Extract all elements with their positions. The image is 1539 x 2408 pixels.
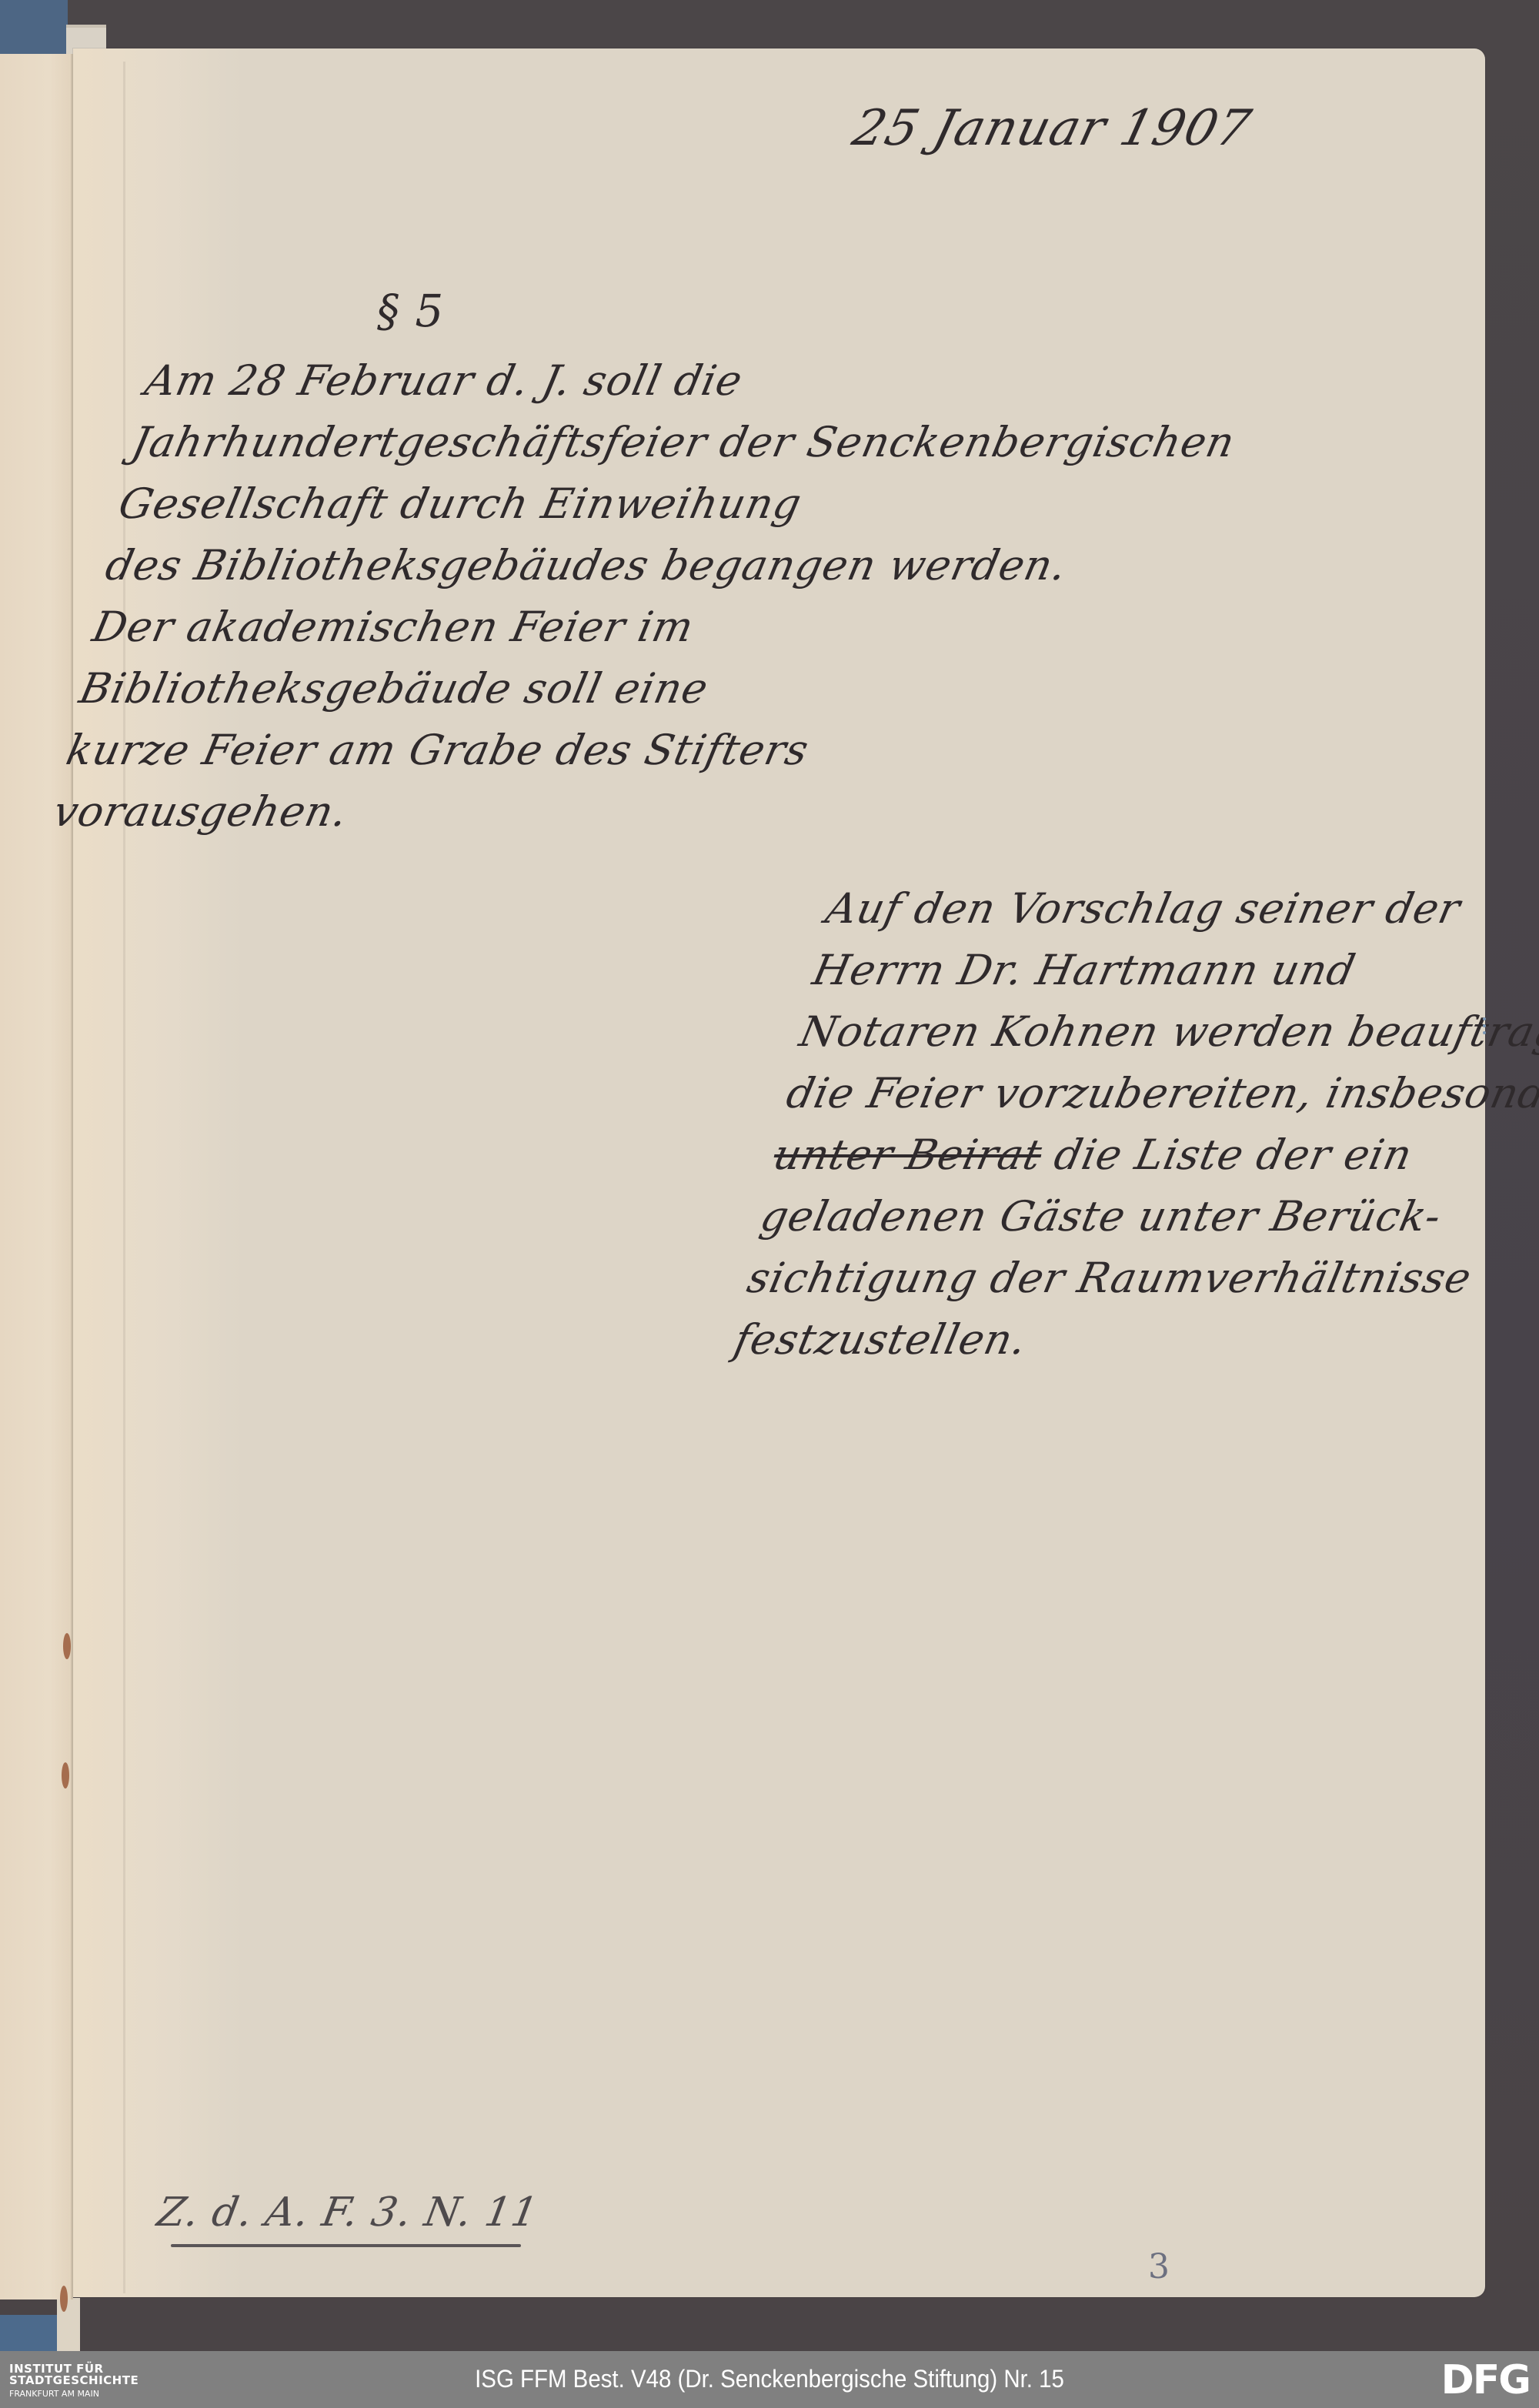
text-line: geladenen Gäste unter Berück-	[755, 1185, 1539, 1247]
text-line: vorausgehen.	[48, 781, 1162, 843]
text-line: des Bibliotheksgebäudes begangen werden.	[100, 535, 1214, 596]
rust-stain	[60, 2286, 68, 2312]
viewer-footer: INSTITUT FÜR STADTGESCHICHTE FRANKFURT A…	[0, 2351, 1539, 2408]
reference-note: Z. d. A. F. 3. N. 11	[154, 2189, 542, 2236]
margin-marks	[1483, 1017, 1491, 1034]
text-continuation: die Liste der ein	[1037, 1131, 1417, 1179]
text-line: die Feier vorzubereiten, insbesondere	[781, 1062, 1539, 1124]
page-number: 3	[1148, 2247, 1170, 2286]
left-paragraph: Am 28 Februar d. J. soll die Jahrhundert…	[48, 350, 1254, 843]
text-line: Auf den Vorschlag seiner der	[820, 877, 1539, 939]
rust-stain	[63, 1633, 71, 1659]
document-title: ISG FFM Best. V48 (Dr. Senckenbergische …	[62, 2365, 1477, 2393]
binder-cloth-top	[0, 0, 68, 54]
section-mark: § 5	[377, 285, 444, 337]
text-line: Am 28 Februar d. J. soll die	[139, 350, 1254, 412]
reference-underline	[171, 2244, 521, 2247]
text-line: Gesellschaft durch Einweihung	[113, 473, 1227, 535]
text-line: Notaren Kohnen werden beauftragt,	[794, 1000, 1539, 1062]
dfg-logo[interactable]: DFG	[1441, 2360, 1530, 2400]
rust-stain	[62, 1762, 69, 1788]
text-line: Herrn Dr. Hartmann und	[807, 939, 1539, 1000]
handwritten-date: 25 Januar 1907	[847, 100, 1257, 157]
underlying-sheet	[0, 54, 73, 2299]
text-line: sichtigung der Raumverhältnisse	[742, 1247, 1539, 1308]
text-line: kurze Feier am Grabe des Stifters	[61, 720, 1175, 781]
text-line: Jahrhundertgeschäftsfeier der Senckenber…	[126, 412, 1240, 473]
text-line-with-strikethrough: unter Beirat die Liste der ein	[768, 1124, 1539, 1185]
struck-text: unter Beirat	[769, 1131, 1047, 1179]
text-line: festzustellen.	[729, 1308, 1539, 1370]
text-line: Bibliotheksgebäude soll eine	[74, 658, 1188, 720]
right-paragraph: Auf den Vorschlag seiner der Herrn Dr. H…	[729, 877, 1539, 1370]
fold-line	[123, 62, 125, 2293]
text-line: Der akademischen Feier im	[87, 596, 1201, 658]
